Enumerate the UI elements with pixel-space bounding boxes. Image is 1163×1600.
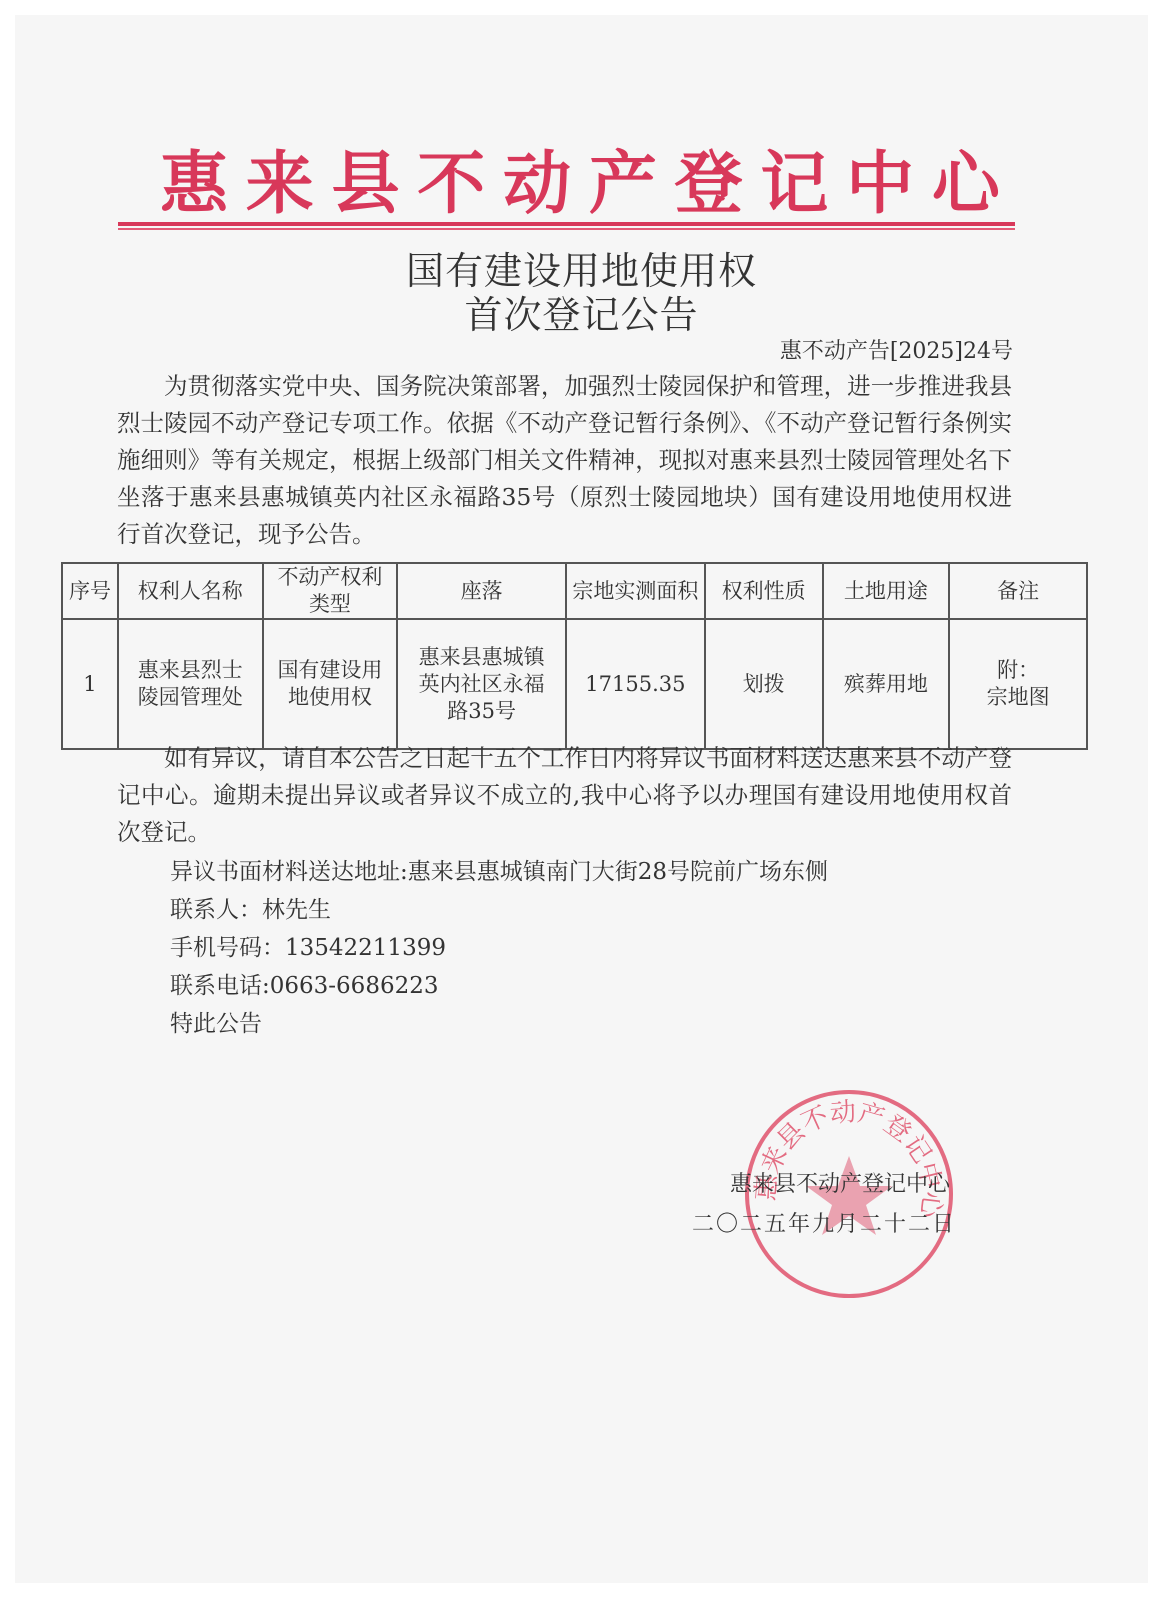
cell-land-use: 殡葬用地 — [823, 619, 950, 749]
cell-owner: 惠来县烈士陵园管理处 — [118, 619, 263, 749]
letterhead-divider-thin — [118, 228, 1015, 230]
letterhead-char: 来 — [246, 130, 314, 227]
col-header-remark: 备注 — [949, 563, 1087, 619]
table-header-row: 序号 权利人名称 不动产权利类型 座落 宗地实测面积 权利性质 土地用途 备注 — [62, 563, 1087, 619]
objection-address: 异议书面材料送达地址:惠来县惠城镇南门大街28号院前广场东侧 — [170, 853, 828, 886]
mobile-number: 手机号码：13542211399 — [170, 929, 446, 962]
letterhead-title: 惠 来 县 不 动 产 登 记 中 心 — [160, 138, 1000, 218]
col-header-right-type: 不动产权利类型 — [263, 563, 398, 619]
remark-line2: 宗地图 — [954, 684, 1082, 711]
table-row: 1 惠来县烈士陵园管理处 国有建设用地使用权 惠来县惠城镇英内社区永福路35号 … — [62, 619, 1087, 749]
contact-person: 联系人：林先生 — [170, 891, 331, 924]
cell-right-type: 国有建设用地使用权 — [263, 619, 398, 749]
objection-paragraph: 如有异议，请自本公告之日起十五个工作日内将异议书面材料送达惠来县不动产登记中心。… — [117, 740, 1012, 851]
col-header-land-use: 土地用途 — [823, 563, 950, 619]
cell-location: 惠来县惠城镇英内社区永福路35号 — [397, 619, 566, 749]
letterhead-char: 动 — [503, 130, 571, 227]
registration-table: 序号 权利人名称 不动产权利类型 座落 宗地实测面积 权利性质 土地用途 备注 … — [61, 562, 1088, 750]
col-header-location: 座落 — [397, 563, 566, 619]
cell-no: 1 — [62, 619, 118, 749]
document-number: 惠不动产告[2025]24号 — [780, 334, 1013, 365]
col-header-no: 序号 — [62, 563, 118, 619]
signature-org: 惠来县不动产登记中心 — [730, 1167, 950, 1198]
remark-line1: 附： — [954, 657, 1082, 684]
col-header-area: 宗地实测面积 — [566, 563, 705, 619]
letterhead-divider — [118, 222, 1015, 226]
signature-date: 二〇二五年九月二十二日 — [692, 1207, 956, 1238]
letterhead-char: 县 — [332, 130, 400, 227]
letterhead-char: 心 — [932, 130, 1000, 227]
cell-area: 17155.35 — [566, 619, 705, 749]
col-header-nature: 权利性质 — [705, 563, 823, 619]
letterhead-char: 中 — [846, 130, 914, 227]
phone-number: 联系电话:0663-6686223 — [170, 967, 439, 1000]
col-header-owner: 权利人名称 — [118, 563, 263, 619]
body-paragraph: 为贯彻落实党中央、国务院决策部署，加强烈士陵园保护和管理，进一步推进我县烈士陵园… — [117, 368, 1012, 553]
cell-nature: 划拨 — [705, 619, 823, 749]
letterhead-char: 记 — [760, 130, 828, 227]
cell-remark: 附： 宗地图 — [949, 619, 1087, 749]
letterhead-char: 登 — [675, 130, 743, 227]
letterhead-char: 产 — [589, 130, 657, 227]
closing-text: 特此公告 — [170, 1005, 262, 1038]
letterhead-char: 不 — [417, 130, 485, 227]
letterhead-char: 惠 — [160, 130, 228, 227]
document-title-line2: 首次登记公告 — [0, 284, 1163, 339]
